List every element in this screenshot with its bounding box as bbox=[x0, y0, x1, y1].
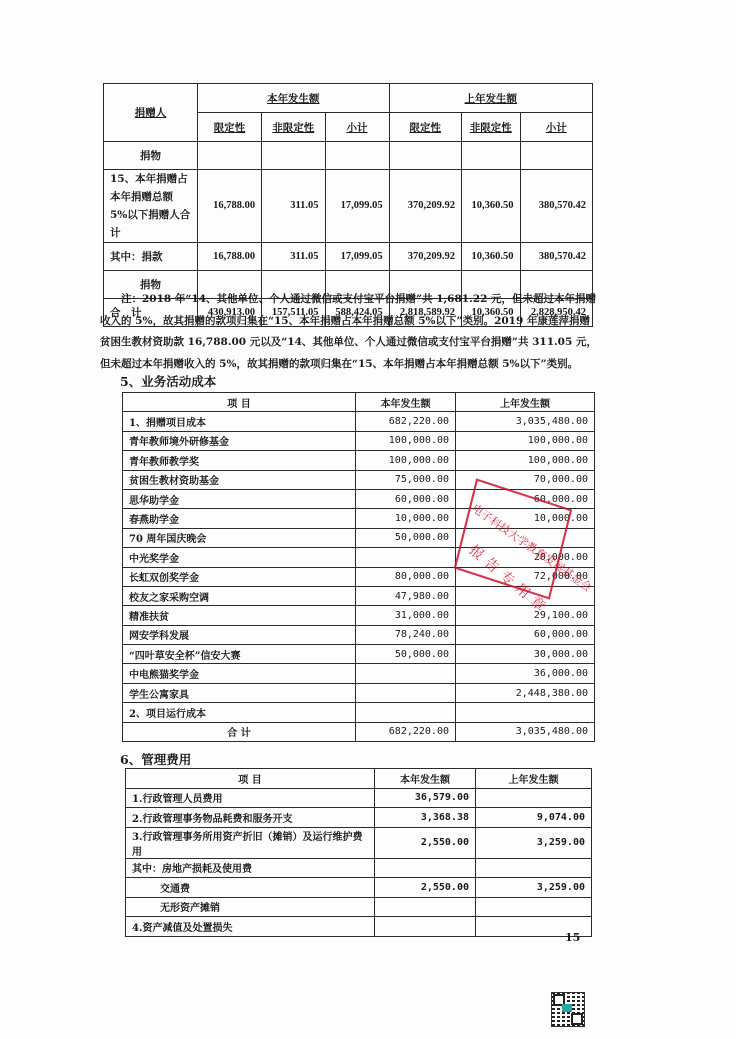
page-number: 15 bbox=[565, 931, 580, 944]
cell-value bbox=[356, 664, 456, 683]
total-this-year: 682,220.00 bbox=[356, 722, 456, 741]
table-row: 2.行政管理事务物品耗费和服务开支3,368.389,074.00 bbox=[126, 808, 592, 828]
cell-value bbox=[375, 897, 476, 917]
cell-value: 2,550.00 bbox=[375, 827, 476, 858]
row-label: 贫困生教材资助基金 bbox=[123, 470, 356, 489]
cell-value bbox=[476, 788, 592, 808]
subheader: 非限定性 bbox=[462, 113, 520, 142]
subheader: 限定性 bbox=[389, 113, 461, 142]
subheader: 限定性 bbox=[198, 113, 262, 142]
cell-value: 10,000.00 bbox=[356, 509, 456, 528]
row-label: 中电熊猫奖学金 bbox=[123, 664, 356, 683]
col-header: 上年发生额 bbox=[476, 769, 592, 789]
row-label: 1、捐赠项目成本 bbox=[123, 412, 356, 431]
row-label: 15、本年捐赠占本年捐赠总额 5%以下捐赠人合计 bbox=[104, 170, 198, 243]
header-donor: 捐赠人 bbox=[104, 84, 198, 142]
cell-value: 36,000.00 bbox=[456, 664, 595, 683]
table-row: 贫困生教材资助基金75,000.0070,000.00 bbox=[123, 470, 595, 489]
cell-value: 682,220.00 bbox=[356, 412, 456, 431]
row-label: 精准扶贫 bbox=[123, 606, 356, 625]
table-row: 中电熊猫奖学金36,000.00 bbox=[123, 664, 595, 683]
col-header: 上年发生额 bbox=[456, 393, 595, 412]
management-cost-table: 项 目 本年发生额 上年发生额 1.行政管理人员费用36,579.002.行政管… bbox=[125, 768, 592, 937]
row-label: 2、项目运行成本 bbox=[123, 703, 356, 722]
col-header: 项 目 bbox=[126, 769, 375, 789]
cell-value: 60,000.00 bbox=[456, 625, 595, 644]
table-row: 3.行政管理事务所用资产折旧（摊销）及运行维护费用2,550.003,259.0… bbox=[126, 827, 592, 858]
table-row: 1、捐赠项目成本682,220.003,035,480.00 bbox=[123, 412, 595, 431]
table-row: 4.资产减值及处置损失 bbox=[126, 917, 592, 937]
cell-value: 370,209.92 bbox=[389, 170, 461, 243]
row-label: 长虹双创奖学金 bbox=[123, 567, 356, 586]
table-row: 青年教师教学奖100,000.00100,000.00 bbox=[123, 451, 595, 470]
cell-value: 31,000.00 bbox=[356, 606, 456, 625]
cell-value bbox=[356, 683, 456, 702]
cell-value: 2,550.00 bbox=[375, 878, 476, 898]
qr-logo-icon bbox=[562, 1004, 572, 1012]
cell-value bbox=[476, 897, 592, 917]
section-title-management-cost: 6、管理费用 bbox=[120, 750, 191, 768]
table-row: 学生公寓家具2,448,380.00 bbox=[123, 683, 595, 702]
row-label: 校友之家采购空调 bbox=[123, 586, 356, 605]
row-label: 2.行政管理事务物品耗费和服务开支 bbox=[126, 808, 375, 828]
cell-value: 380,570.42 bbox=[520, 170, 593, 243]
cell-value: 29,100.00 bbox=[456, 606, 595, 625]
header-last-year: 上年发生额 bbox=[389, 84, 592, 113]
cell-value bbox=[389, 142, 461, 170]
cell-value bbox=[476, 858, 592, 878]
row-label: 1.行政管理人员费用 bbox=[126, 788, 375, 808]
cell-value bbox=[262, 142, 325, 170]
cell-value: 80,000.00 bbox=[356, 567, 456, 586]
row-label: “四叶草安全杯”信安大赛 bbox=[123, 645, 356, 664]
row-label: 3.行政管理事务所用资产折旧（摊销）及运行维护费用 bbox=[126, 827, 375, 858]
row-label: 网安学科发展 bbox=[123, 625, 356, 644]
row-label: 中光奖学金 bbox=[123, 548, 356, 567]
row-label: 其中：捐款 bbox=[104, 243, 198, 271]
row-label: 无形资产摊销 bbox=[126, 897, 375, 917]
cell-value: 30,000.00 bbox=[456, 645, 595, 664]
cell-value: 3,259.00 bbox=[476, 878, 592, 898]
cell-value: 36,579.00 bbox=[375, 788, 476, 808]
cell-value bbox=[325, 142, 389, 170]
cell-value bbox=[356, 703, 456, 722]
cell-value: 17,099.05 bbox=[325, 170, 389, 243]
total-label: 合 计 bbox=[123, 722, 356, 741]
cell-value: 311.05 bbox=[262, 243, 325, 271]
table-row: 交通费2,550.003,259.00 bbox=[126, 878, 592, 898]
subheader: 小计 bbox=[325, 113, 389, 142]
cell-value bbox=[456, 703, 595, 722]
cell-value bbox=[198, 142, 262, 170]
cell-value: 16,788.00 bbox=[198, 170, 262, 243]
row-label: 捐物 bbox=[104, 142, 198, 170]
row-label: 70 周年国庆晚会 bbox=[123, 528, 356, 547]
table-row: 其中：房地产损耗及使用费 bbox=[126, 858, 592, 878]
header-this-year: 本年发生额 bbox=[198, 84, 390, 113]
col-header: 项 目 bbox=[123, 393, 356, 412]
cell-value: 47,980.00 bbox=[356, 586, 456, 605]
cell-value: 100,000.00 bbox=[356, 451, 456, 470]
cell-value: 9,074.00 bbox=[476, 808, 592, 828]
col-header: 本年发生额 bbox=[375, 769, 476, 789]
cell-value: 16,788.00 bbox=[198, 243, 262, 271]
table-row: “四叶草安全杯”信安大赛50,000.0030,000.00 bbox=[123, 645, 595, 664]
cell-value: 75,000.00 bbox=[356, 470, 456, 489]
cell-value: 50,000.00 bbox=[356, 528, 456, 547]
cell-value bbox=[520, 142, 593, 170]
cell-value: 370,209.92 bbox=[389, 243, 461, 271]
row-label: 青年教师教学奖 bbox=[123, 451, 356, 470]
table-row: 其中：捐款16,788.00311.0517,099.05370,209.921… bbox=[104, 243, 593, 271]
col-header: 本年发生额 bbox=[356, 393, 456, 412]
cell-value: 3,259.00 bbox=[476, 827, 592, 858]
table-row: 2、项目运行成本 bbox=[123, 703, 595, 722]
cell-value: 60,000.00 bbox=[356, 489, 456, 508]
table-row: 网安学科发展78,240.0060,000.00 bbox=[123, 625, 595, 644]
cell-value: 2,448,380.00 bbox=[456, 683, 595, 702]
row-label: 交通费 bbox=[126, 878, 375, 898]
cell-value: 100,000.00 bbox=[456, 431, 595, 450]
table-row: 15、本年捐赠占本年捐赠总额 5%以下捐赠人合计16,788.00311.051… bbox=[104, 170, 593, 243]
cell-value bbox=[356, 548, 456, 567]
table-row: 捐物 bbox=[104, 142, 593, 170]
cell-value bbox=[375, 858, 476, 878]
cell-value: 3,368.38 bbox=[375, 808, 476, 828]
cell-value: 10,360.50 bbox=[462, 170, 520, 243]
footnote: 注：2018 年“14、其他单位、个人通过微信或支付宝平台捐赠”共 1,681.… bbox=[100, 289, 600, 375]
cell-value: 380,570.42 bbox=[520, 243, 593, 271]
cell-value bbox=[462, 142, 520, 170]
table-row: 精准扶贫31,000.0029,100.00 bbox=[123, 606, 595, 625]
row-label: 4.资产减值及处置损失 bbox=[126, 917, 375, 937]
row-label: 其中：房地产损耗及使用费 bbox=[126, 858, 375, 878]
total-last-year: 3,035,480.00 bbox=[456, 722, 595, 741]
cell-value: 100,000.00 bbox=[356, 431, 456, 450]
cell-value: 311.05 bbox=[262, 170, 325, 243]
subheader: 小计 bbox=[520, 113, 593, 142]
cell-value: 50,000.00 bbox=[356, 645, 456, 664]
table-row: 青年教师境外研修基金100,000.00100,000.00 bbox=[123, 431, 595, 450]
cell-value: 78,240.00 bbox=[356, 625, 456, 644]
cell-value bbox=[375, 917, 476, 937]
row-label: 学生公寓家具 bbox=[123, 683, 356, 702]
cell-value: 17,099.05 bbox=[325, 243, 389, 271]
cell-value: 100,000.00 bbox=[456, 451, 595, 470]
row-label: 思华助学金 bbox=[123, 489, 356, 508]
table-row: 无形资产摊销 bbox=[126, 897, 592, 917]
section-title-business-cost: 5、业务活动成本 bbox=[120, 372, 216, 390]
row-label: 春燕助学金 bbox=[123, 509, 356, 528]
cell-value: 10,360.50 bbox=[462, 243, 520, 271]
cell-value: 3,035,480.00 bbox=[456, 412, 595, 431]
subheader: 非限定性 bbox=[262, 113, 325, 142]
table-row: 1.行政管理人员费用36,579.00 bbox=[126, 788, 592, 808]
row-label: 青年教师境外研修基金 bbox=[123, 431, 356, 450]
